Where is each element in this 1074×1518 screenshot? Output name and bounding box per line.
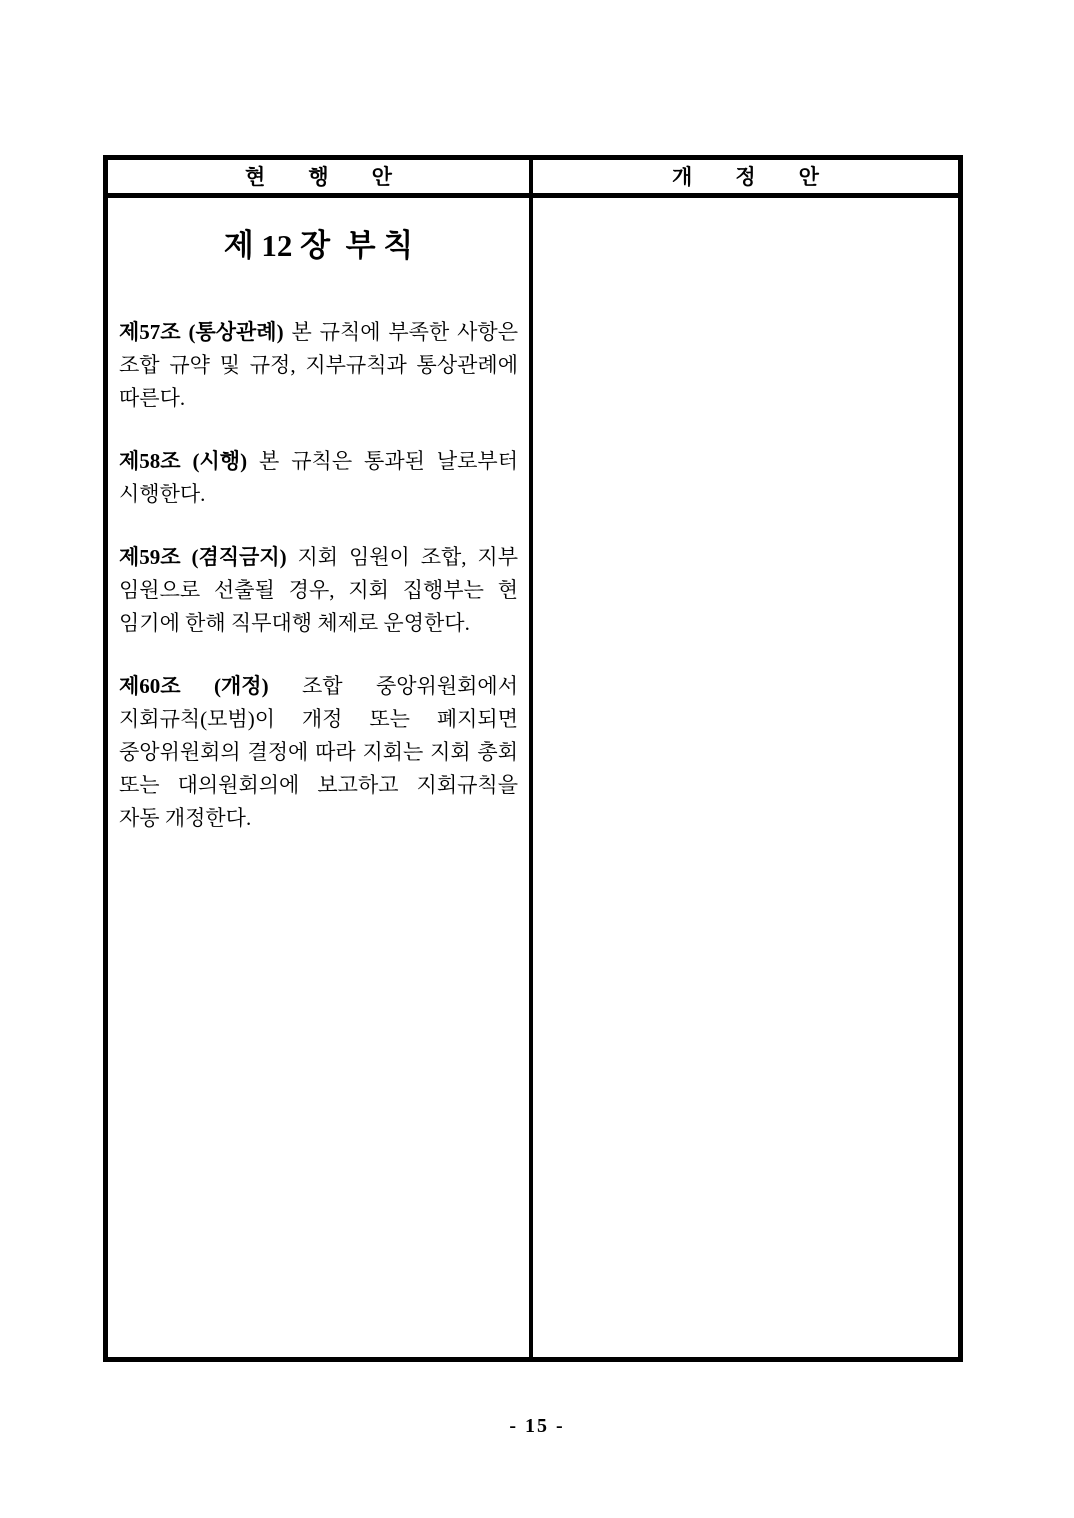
article-60: 제60조 (개정) 조합 중앙위원회에서 지회규칙(모범)이 개정 또는 폐지되… <box>119 670 518 835</box>
article-59-label: 제59조 (겸직금지) <box>119 545 287 569</box>
table-header-current: 현 행 안 <box>108 160 533 198</box>
article-58-label: 제58조 (시행) <box>119 449 247 473</box>
article-58: 제58조 (시행) 본 규칙은 통과된 날로부터 시행한다. <box>119 445 518 511</box>
article-60-label: 제60조 (개정) <box>119 674 269 698</box>
document-page: 현 행 안 개 정 안 제 12 장 부 칙 제57조 (통상관례) 본 규칙에… <box>0 0 1074 1518</box>
comparison-table: 현 행 안 개 정 안 제 12 장 부 칙 제57조 (통상관례) 본 규칙에… <box>103 155 963 1362</box>
page-number: - 15 - <box>0 1416 1074 1436</box>
article-59: 제59조 (겸직금지) 지회 임원이 조합, 지부 임원으로 선출될 경우, 지… <box>119 541 518 640</box>
revised-draft-cell <box>533 198 958 1357</box>
table-header-revised: 개 정 안 <box>533 160 958 198</box>
article-57-label: 제57조 (통상관례) <box>119 320 284 344</box>
current-draft-cell: 제 12 장 부 칙 제57조 (통상관례) 본 규칙에 부족한 사항은 조합 … <box>108 198 533 1357</box>
article-57: 제57조 (통상관례) 본 규칙에 부족한 사항은 조합 규약 및 규정, 지부… <box>119 316 518 415</box>
chapter-title: 제 12 장 부 칙 <box>119 230 518 261</box>
